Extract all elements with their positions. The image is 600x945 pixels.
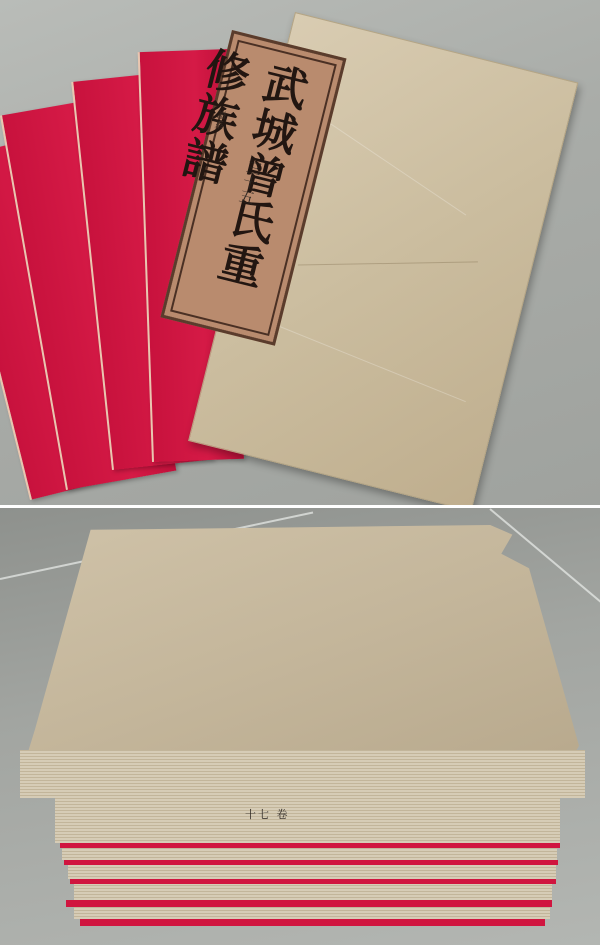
volume-edge-1 (20, 750, 585, 798)
top-photo-fanned-books: 武城曾氏重修族譜 三十五 譜系 (0, 0, 600, 505)
red-edge-4 (66, 900, 552, 907)
volume-edge-6 (74, 907, 550, 919)
volume-edge-5 (74, 884, 552, 900)
spine-volume-label: 十七 卷 (245, 806, 290, 822)
paper-crease (298, 261, 478, 265)
volume-edge-2 (55, 798, 560, 843)
top-volume-cover (24, 525, 579, 765)
volume-edge-4 (68, 865, 556, 879)
red-edge-5 (80, 919, 545, 926)
bottom-photo-stacked-books: 十七 卷 (0, 508, 600, 945)
volume-edge-3 (62, 848, 557, 860)
paper-crease (262, 319, 466, 402)
